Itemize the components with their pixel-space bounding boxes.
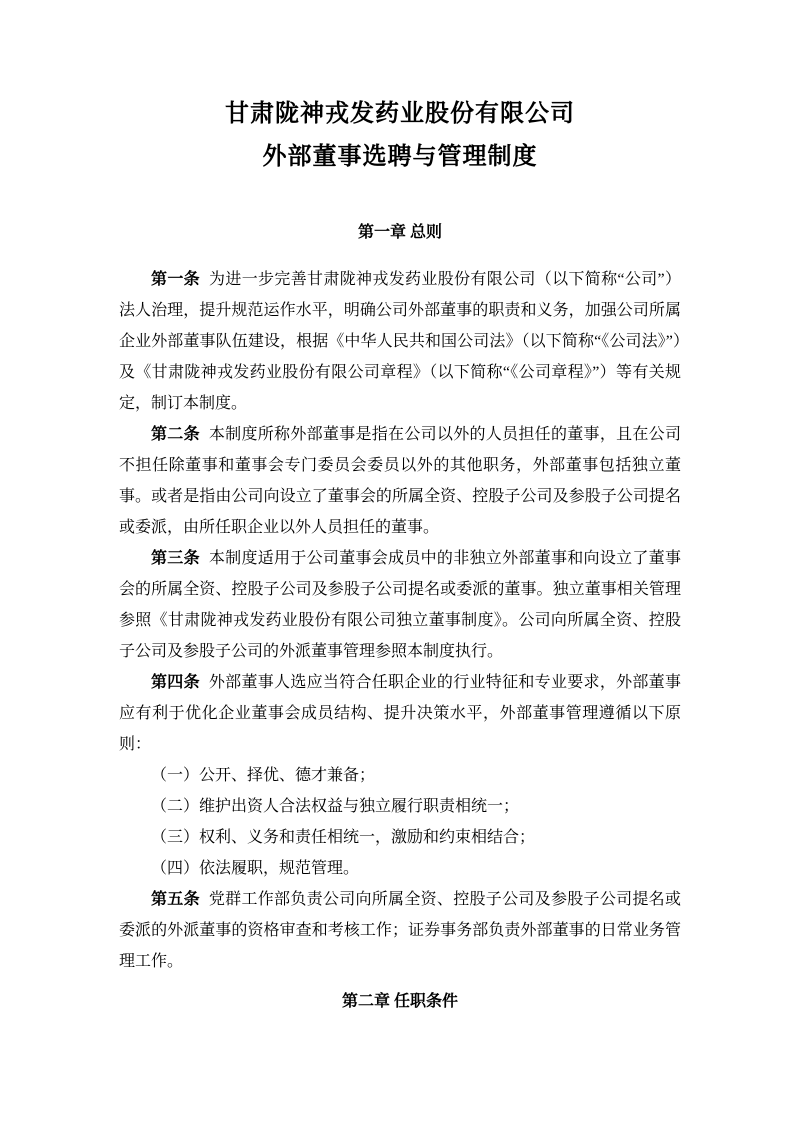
principle-item-4: （四）依法履职，规范管理。 — [119, 853, 681, 884]
chapter1-heading: 第一章 总则 — [119, 222, 681, 244]
article-text-4: 外部董事人选应当符合任职企业的行业特征和专业要求，外部董事应有利于优化企业董事会… — [119, 674, 681, 753]
article-text-3: 本制度适用于公司董事会成员中的非独立外部董事和向设立了董事会的所属全资、控股子公… — [119, 550, 681, 660]
article-text-1: 为进一步完善甘肃陇神戎发药业股份有限公司（以下简称“公司”）法人治理，提升规范运… — [119, 271, 681, 412]
principle-item-1: （一）公开、择优、德才兼备； — [119, 760, 681, 791]
article-label-3: 第三条 — [151, 550, 200, 567]
article-text-2: 本制度所称外部董事是指在公司以外的人员担任的董事，且在公司不担任除董事和董事会专… — [119, 426, 681, 536]
doc-title-line1: 甘肃陇神戎发药业股份有限公司 — [119, 93, 681, 136]
article-label-5: 第五条 — [151, 891, 200, 908]
article-label-2: 第二条 — [151, 426, 200, 443]
article-text-5: 党群工作部负责公司向所属全资、控股子公司及参股子公司提名或委派的外派董事的资格审… — [119, 891, 681, 970]
article-paragraph-3: 第三条本制度适用于公司董事会成员中的非独立外部董事和向设立了董事会的所属全资、控… — [119, 543, 681, 667]
article-paragraph-1: 第一条为进一步完善甘肃陇神戎发药业股份有限公司（以下简称“公司”）法人治理，提升… — [119, 264, 681, 419]
chapter2-heading: 第二章 任职条件 — [119, 991, 681, 1013]
principle-item-3: （三）权利、义务和责任相统一，激励和约束相结合； — [119, 822, 681, 853]
article-paragraph-5: 第五条党群工作部负责公司向所属全资、控股子公司及参股子公司提名或委派的外派董事的… — [119, 884, 681, 977]
article-label-1: 第一条 — [151, 271, 200, 288]
principle-item-2: （二）维护出资人合法权益与独立履行职责相统一； — [119, 791, 681, 822]
article-paragraph-2: 第二条本制度所称外部董事是指在公司以外的人员担任的董事，且在公司不担任除董事和董… — [119, 419, 681, 543]
document-page: 甘肃陇神戎发药业股份有限公司 外部董事选聘与管理制度 第一章 总则 第一条为进一… — [0, 0, 793, 1122]
article-paragraph-4: 第四条外部董事人选应当符合任职企业的行业特征和专业要求，外部董事应有利于优化企业… — [119, 667, 681, 760]
article-label-4: 第四条 — [151, 674, 200, 691]
doc-title-line2: 外部董事选聘与管理制度 — [119, 136, 681, 179]
